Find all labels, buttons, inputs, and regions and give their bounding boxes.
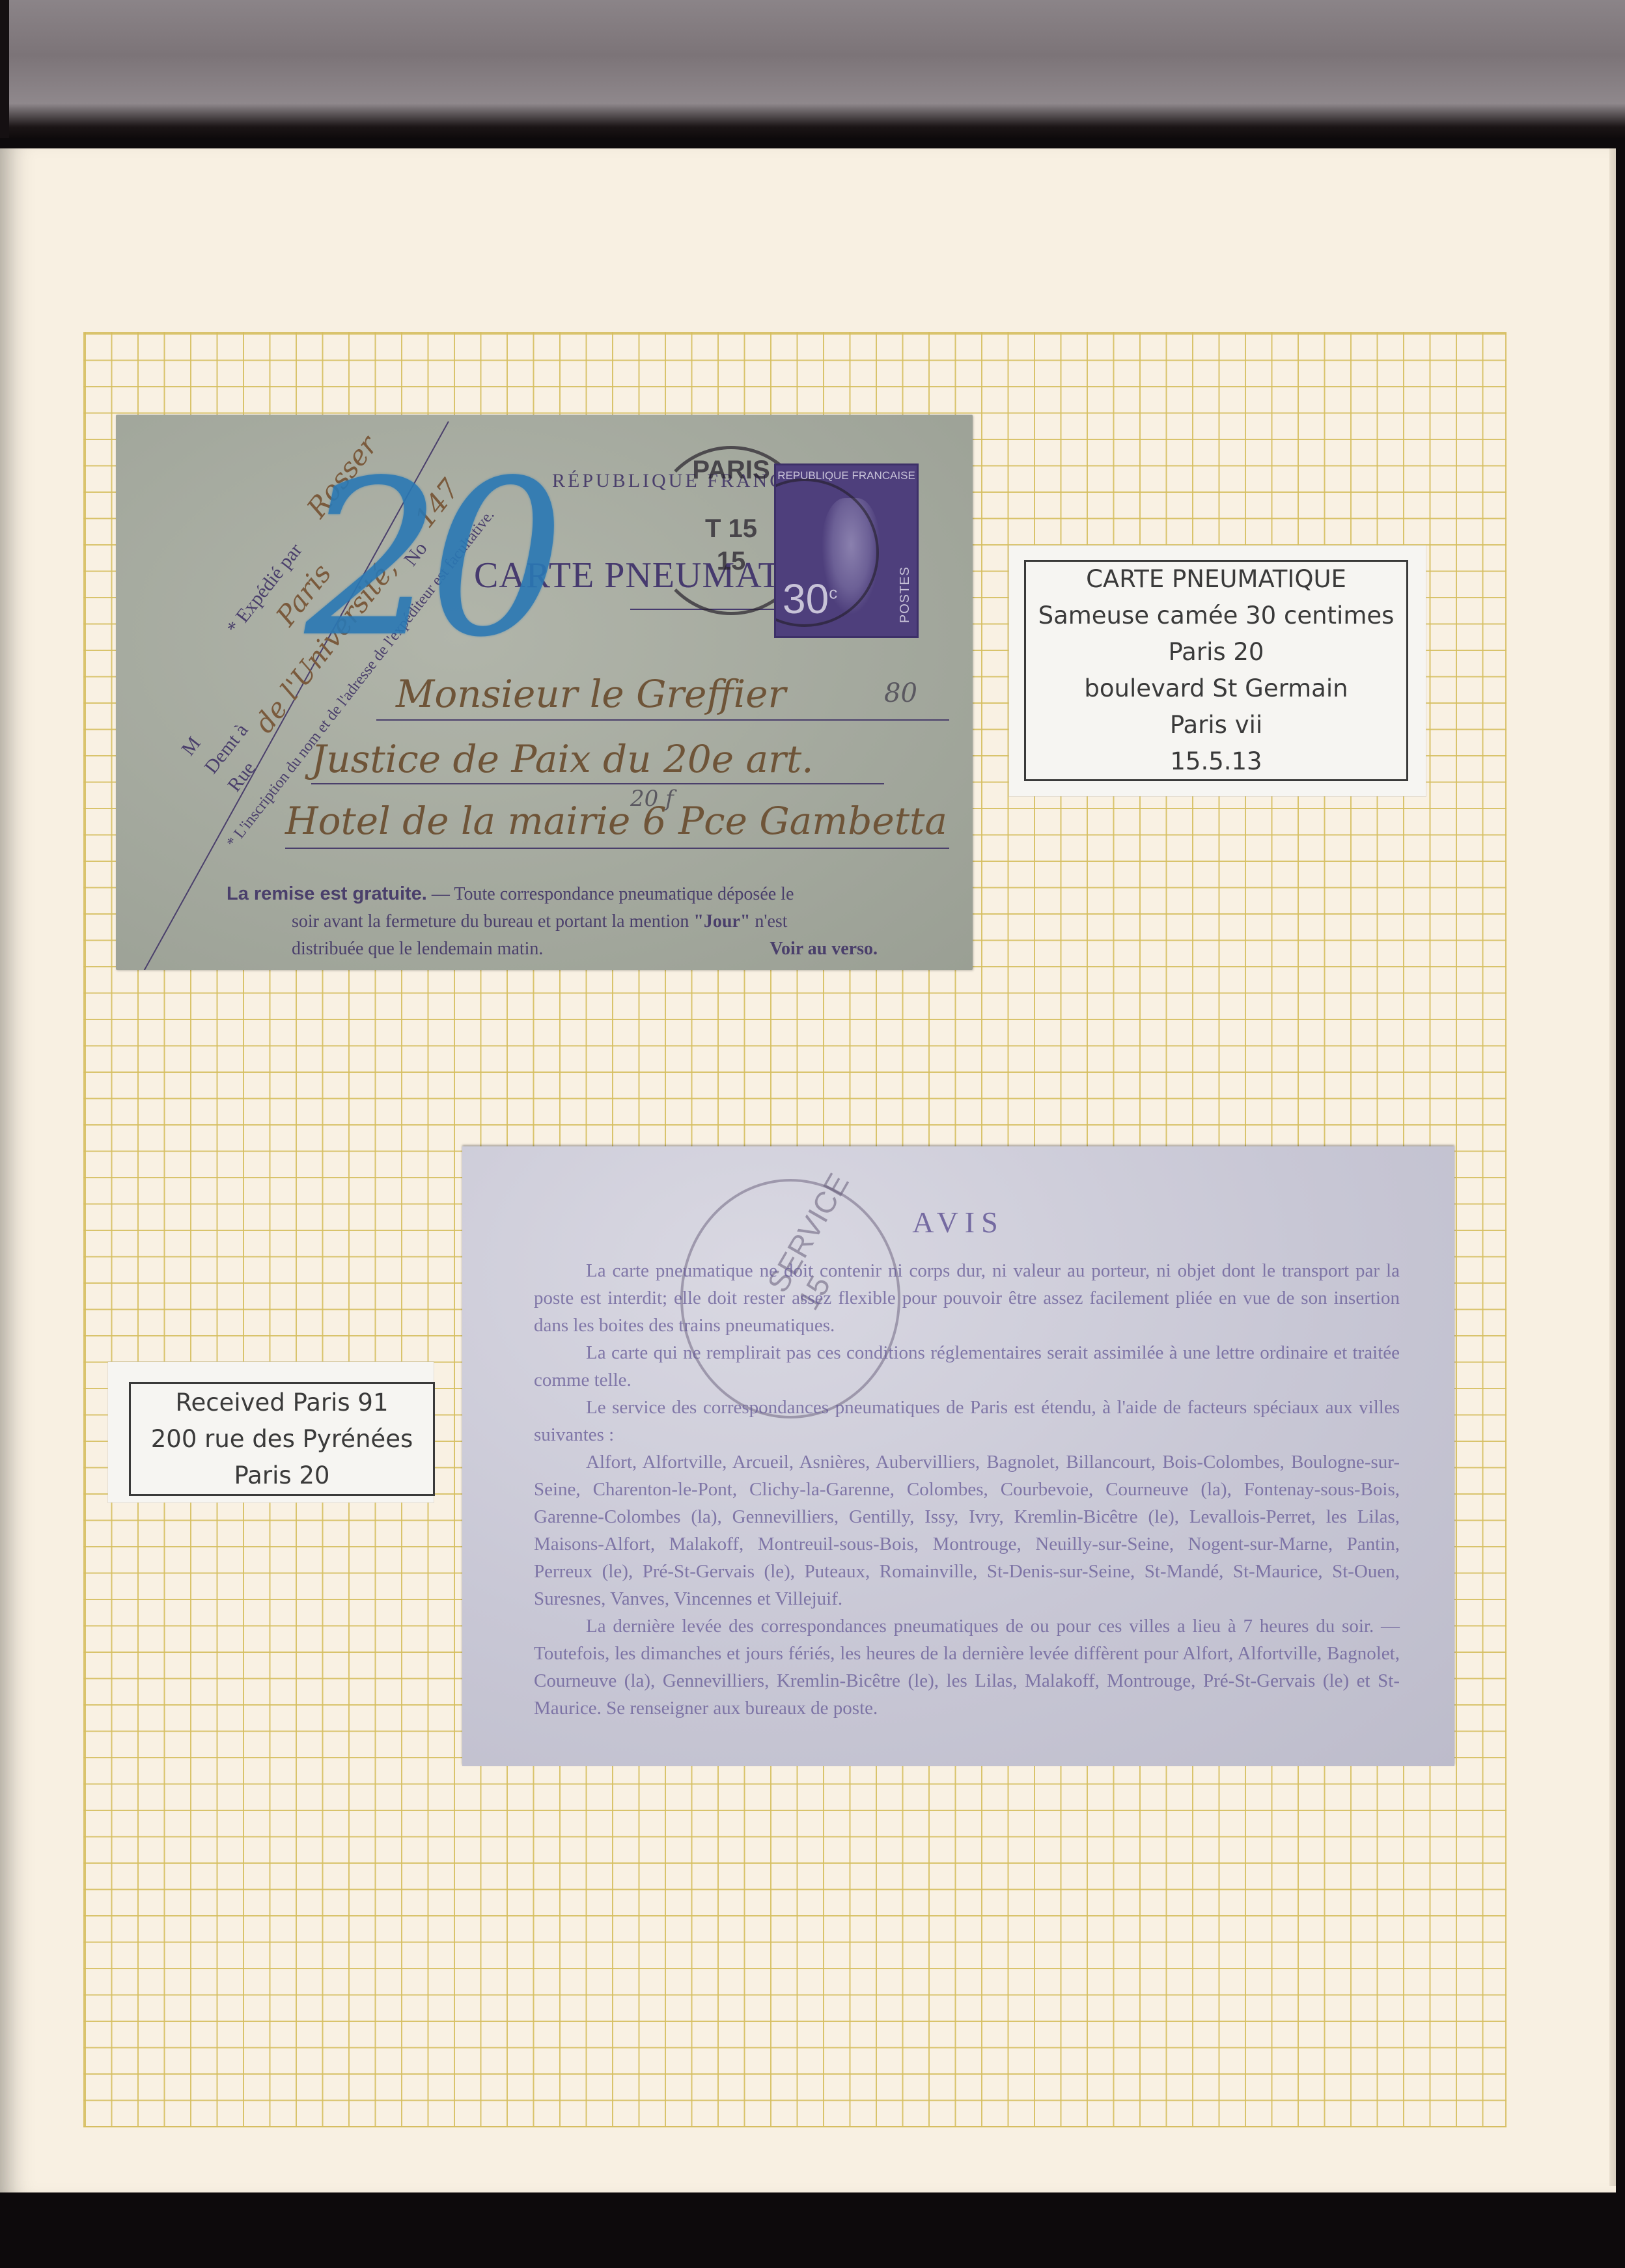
stamp-value-number: 30 <box>783 575 829 622</box>
m-label: M <box>177 733 205 760</box>
notice-line-1: La remise est gratuite. — Toute correspo… <box>227 880 943 908</box>
stamp-republique: REPUBLIQUE FRANCAISE <box>776 469 917 482</box>
stamp-postes: POSTES <box>898 566 913 623</box>
pneumatic-card-back: SERVICE 15 AVIS La carte pneumatique ne … <box>462 1146 1454 1766</box>
pencil-note-20f: 20 f <box>630 786 674 812</box>
notice-bold-lead: La remise est gratuite. <box>227 883 427 904</box>
avis-paragraph: Le service des correspondances pneumatiq… <box>534 1394 1400 1448</box>
address-line-3: Hotel de la mairie 6 Pce Gambetta <box>285 799 947 843</box>
caption-back-line-1: Received Paris 91 <box>175 1385 388 1421</box>
address-line-1: Monsieur le Greffier <box>396 672 786 716</box>
address-line-2: Justice de Paix du 20e art. <box>311 737 814 781</box>
notice-line-2: soir avant la fermeture du bureau et por… <box>227 908 943 935</box>
notice-jour: "Jour" <box>693 911 750 932</box>
avis-paragraph: La carte qui ne remplirait pas ces condi… <box>534 1339 1400 1394</box>
caption-front-line-2: Sameuse camée 30 centimes <box>1038 598 1395 634</box>
caption-front: CARTE PNEUMATIQUE Sameuse camée 30 centi… <box>1024 560 1408 781</box>
notice-line-3: distribuée que le lendemain matin.Voir a… <box>227 935 943 963</box>
avis-paragraph: La dernière levée des correspondances pn… <box>534 1612 1400 1722</box>
caption-back-line-3: Paris 20 <box>234 1458 330 1494</box>
scanner-background-bottom <box>0 2195 1625 2268</box>
notice-text-2: soir avant la fermeture du bureau et por… <box>292 911 689 932</box>
caption-front-line-1: CARTE PNEUMATIQUE <box>1086 561 1346 598</box>
address-rule-1 <box>376 719 949 721</box>
voir-au-verso: Voir au verso. <box>770 935 878 963</box>
caption-back: Received Paris 91 200 rue des Pyrénées P… <box>129 1382 435 1496</box>
page-edge <box>1609 148 1616 2186</box>
stamp-value-suffix: c <box>829 583 837 603</box>
avis-paragraph: Alfort, Alfortville, Arcueil, Asnières, … <box>534 1448 1400 1612</box>
pneumatic-card-front: * Expédié par Rosser M Demt à Paris Rue … <box>116 415 973 970</box>
caption-front-line-3: Paris 20 <box>1169 634 1264 671</box>
scanner-background-top <box>0 0 1625 138</box>
delivery-notice: La remise est gratuite. — Toute correspo… <box>227 880 943 963</box>
caption-front-line-6: 15.5.13 <box>1170 743 1262 780</box>
notice-text-4: distribuée que le lendemain matin. <box>292 939 543 959</box>
avis-paragraph: La carte pneumatique ne doit contenir ni… <box>534 1257 1400 1339</box>
notice-text-3: n'est <box>755 911 787 932</box>
blue-crayon-number: 20 <box>305 434 552 684</box>
card-perforation-edge <box>969 415 973 970</box>
notice-text-1: — Toute correspondance pneumatique dépos… <box>427 884 794 904</box>
avis-title: AVIS <box>462 1205 1454 1239</box>
address-rule-2 <box>311 783 884 784</box>
stamp-value: 30c <box>783 575 837 623</box>
caption-front-line-4: boulevard St Germain <box>1084 671 1348 707</box>
caption-back-line-2: 200 rue des Pyrénées <box>151 1421 413 1458</box>
semeuse-stamp: REPUBLIQUE FRANCAISE 30c POSTES <box>774 463 919 638</box>
pencil-note-80: 80 <box>884 678 917 708</box>
address-rule-3 <box>285 848 949 849</box>
avis-body: La carte pneumatique ne doit contenir ni… <box>534 1257 1400 1722</box>
caption-front-line-5: Paris vii <box>1170 707 1262 743</box>
